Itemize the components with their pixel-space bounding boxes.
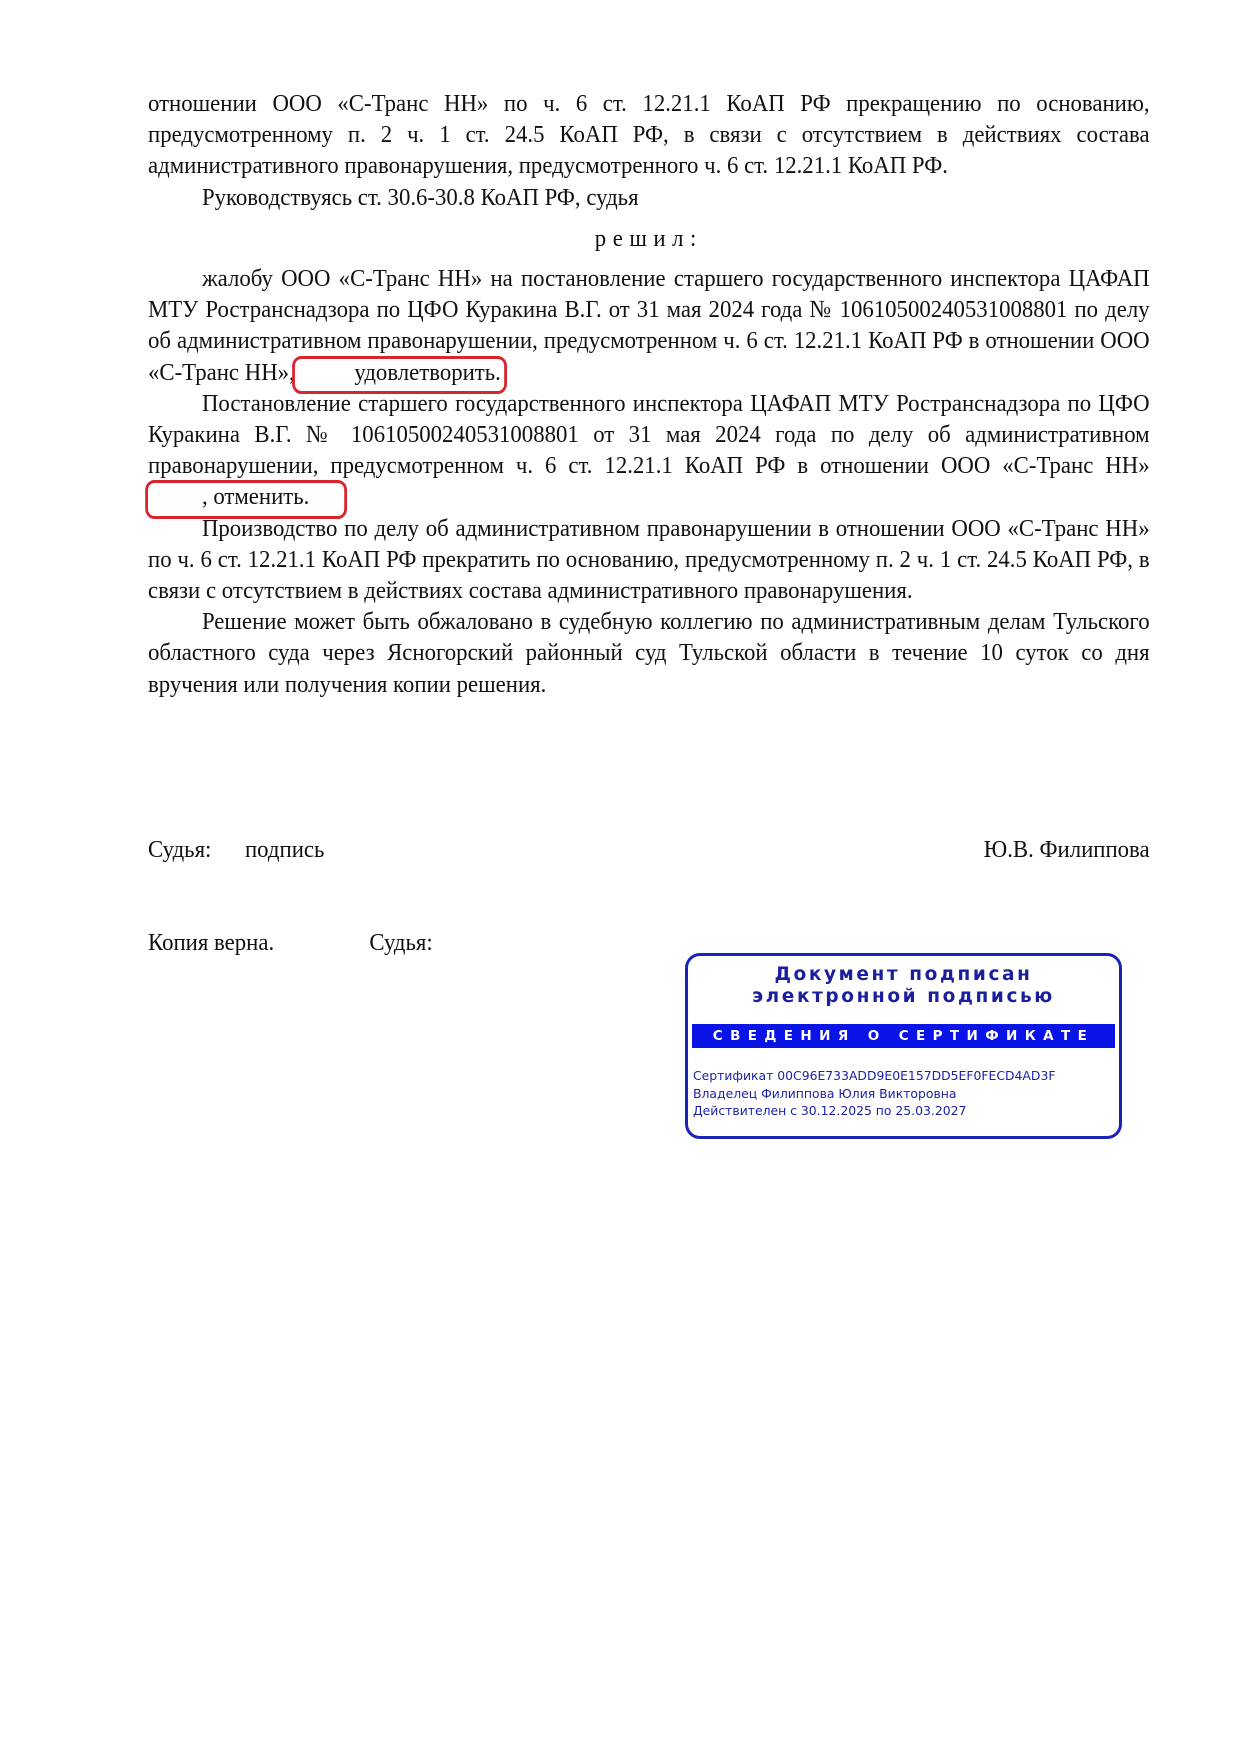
certificate-validity: Действителен с 30.12.2025 по 25.03.2027 (693, 1102, 1055, 1120)
paragraph-proceedings-terminated: Производство по делу об административном… (148, 513, 1150, 607)
judge-name: Ю.В. Филиппова (984, 836, 1150, 864)
signature-placeholder: подпись (245, 836, 324, 863)
stamp-title-line-1: Документ подписан (688, 964, 1119, 986)
paragraph-termination-basis: отношении ООО «С-Транс НН» по ч. 6 ст. 1… (148, 88, 1150, 182)
paragraph-guided-by: Руководствуясь ст. 30.6-30.8 КоАП РФ, су… (148, 182, 1150, 213)
paragraph-resolution-cancel: Постановление старшего государственного … (148, 388, 1150, 513)
judge-label: Судья: (148, 836, 211, 863)
resolution-text: Постановление старшего государственного … (148, 390, 1150, 479)
certificate-owner: Владелец Филиппова Юлия Викторовна (693, 1085, 1055, 1103)
stamp-certificate-info: Сертификат 00C96E733ADD9E0E157DD5EF0FECD… (693, 1067, 1055, 1120)
resolved-heading: решил: (148, 223, 1150, 254)
paragraph-complaint: жалобу ООО «С-Транс НН» на постановление… (148, 263, 1150, 388)
paragraph-appeal: Решение может быть обжаловано в судебную… (148, 606, 1150, 700)
document-page: отношении ООО «С-Транс НН» по ч. 6 ст. 1… (0, 0, 1240, 1754)
judge-signature-row: Судья: подпись Ю.В. Филиппова (148, 836, 1080, 868)
stamp-certificate-band: СВЕДЕНИЯ О СЕРТИФИКАТЕ ЭП (692, 1024, 1115, 1048)
stamp-title-line-2: электронной подписью (688, 986, 1119, 1008)
copy-true-label: Копия верна. (148, 929, 274, 956)
stamp-title: Документ подписан электронной подписью (688, 964, 1119, 1008)
document-body: отношении ООО «С-Транс НН» по ч. 6 ст. 1… (148, 88, 1080, 700)
electronic-signature-stamp: Документ подписан электронной подписью С… (685, 953, 1122, 1139)
highlight-satisfy: удовлетворить. (300, 357, 500, 388)
highlight-cancel: , отменить. (148, 481, 309, 512)
copy-judge-label: Судья: (369, 929, 432, 957)
certificate-number: Сертификат 00C96E733ADD9E0E157DD5EF0FECD… (693, 1067, 1055, 1085)
